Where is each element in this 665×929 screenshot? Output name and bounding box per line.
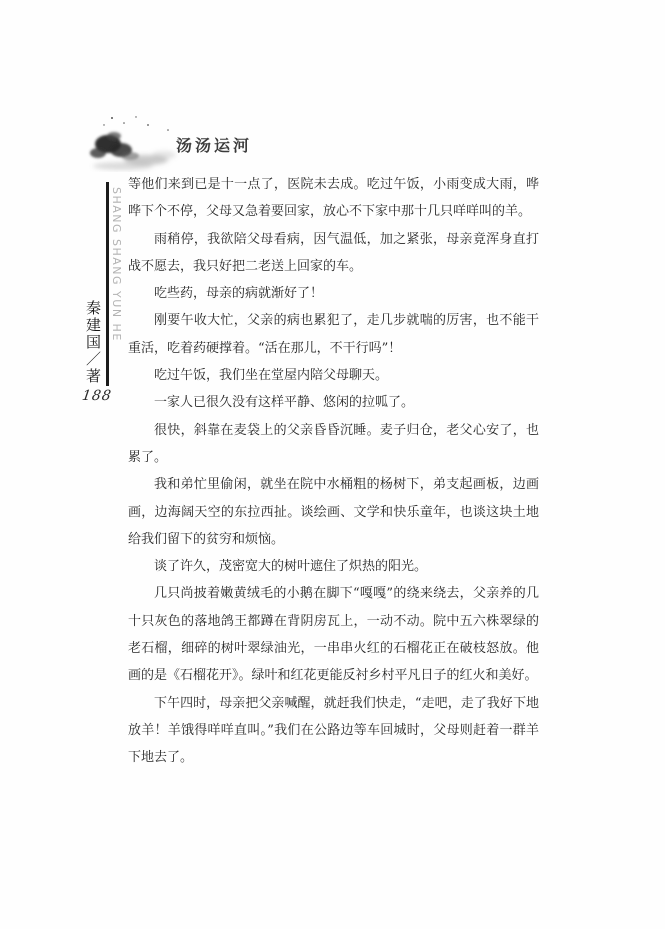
- paragraph: 等他们来到已是十一点了，医院未去成。吃过午饭，小雨变成大雨，哗哗下个不停，父母又…: [128, 171, 539, 226]
- paragraph: 谈了许久，茂密宽大的树叶遮住了炽热的阳光。: [128, 553, 539, 580]
- author-name: 秦建国／著: [83, 300, 104, 385]
- paragraph: 吃过午饭，我们坐在堂屋内陪父母聊天。: [128, 362, 539, 389]
- paragraph: 下午四时，母亲把父亲喊醒，就赶我们快走，“走吧，走了我好下地放羊！羊饿得咩咩直叫…: [128, 690, 539, 772]
- series-title-romanized: SHANG SHANG YUN HE: [110, 187, 123, 342]
- book-title: 汤汤运河: [176, 133, 252, 156]
- paragraph: 吃些药，母亲的病就渐好了！: [128, 280, 539, 307]
- body-text: 等他们来到已是十一点了，医院未去成。吃过午饭，小雨变成大雨，哗哗下个不停，父母又…: [128, 171, 539, 772]
- book-page: 汤汤运河 SHANG SHANG YUN HE 秦建国／著 188 等他们来到已…: [0, 0, 665, 929]
- paragraph: 刚要午收大忙，父亲的病也累犯了，走几步就喘的厉害，也不能干重活，吃着药硬撑着。“…: [128, 307, 539, 362]
- paragraph: 很快，斜靠在麦袋上的父亲昏昏沉睡。麦子归仓，老父心安了，也累了。: [128, 417, 539, 472]
- paragraph: 我和弟忙里偷闲，就坐在院中水桶粗的杨树下，弟支起画板，边画画，边海阔天空的东拉西…: [128, 471, 539, 553]
- page-number: 188: [81, 388, 113, 404]
- paragraph: 一家人已很久没有这样平静、悠闲的拉呱了。: [128, 389, 539, 416]
- sidebar-rule-divider: [106, 182, 109, 386]
- paragraph: 雨稍停，我欲陪父母看病，因气温低，加之紧张，母亲竟浑身直打战不愿去，我只好把二老…: [128, 226, 539, 281]
- paragraph: 几只尚披着嫩黄绒毛的小鹅在脚下“嘎嘎”的绕来绕去，父亲养的几十只灰色的落地鸽王都…: [128, 580, 539, 689]
